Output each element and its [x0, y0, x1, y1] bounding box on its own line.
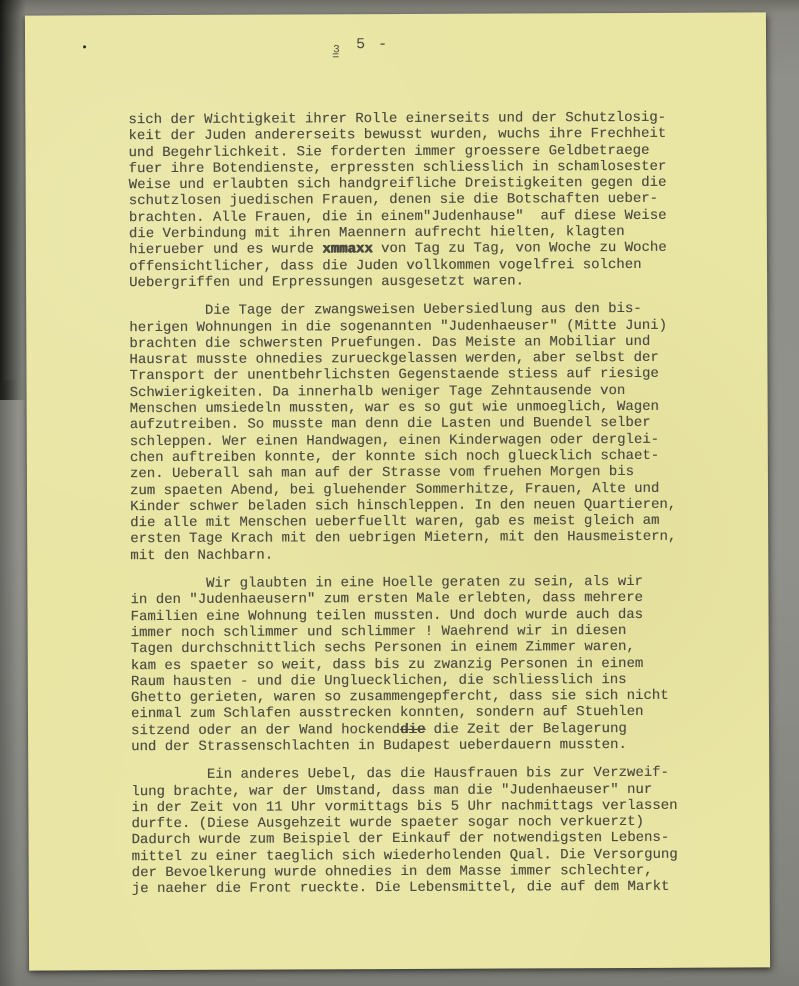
strike-line-pre: sitzend oder an der Wand hockend — [131, 722, 400, 739]
paragraph-4-lines: Ein anderes Uebel, das die Hausfrauen bi… — [131, 765, 712, 898]
binder-spine-shadow-lower — [0, 380, 18, 986]
struck-word-die: die — [400, 722, 425, 738]
paragraph-2-lines: Die Tage der zwangsweisen Uebersiedlung … — [129, 301, 710, 564]
binder-spine-shadow — [0, 0, 26, 400]
page-number: 3= 5 - — [333, 36, 389, 53]
paragraph-1-lines-a: sich der Wichtigkeit ihrer Rolle einerse… — [128, 110, 709, 243]
paragraph-3-lines-b: und der Strassenschlachten in Budapest u… — [131, 737, 711, 756]
paragraph-4: Ein anderes Uebel, das die Hausfrauen bi… — [131, 765, 712, 898]
strike-line-post: von Tag zu Tag, von Woche zu Woche — [373, 240, 667, 257]
strike-line-pre: hierueber und es wurde — [129, 242, 322, 259]
paragraph-2: Die Tage der zwangsweisen Uebersiedlung … — [129, 301, 710, 564]
page-number-text: 5 - — [345, 36, 389, 53]
text-block: sich der Wichtigkeit ihrer Rolle einerse… — [128, 110, 711, 898]
crossed-out-word: xmmaxx — [322, 241, 372, 257]
paragraph-3-lines-a: Wir glaubten in eine Hoelle geraten zu s… — [130, 574, 711, 723]
document-page: 3= 5 - sich der Wichtigkeit ihrer Rolle … — [25, 12, 770, 970]
paragraph-3: Wir glaubten in eine Hoelle geraten zu s… — [130, 574, 711, 756]
paragraph-1: sich der Wichtigkeit ihrer Rolle einerse… — [128, 110, 709, 292]
overstrike-mark: = — [332, 49, 341, 63]
paragraph-1-lines-b: offensichtlicher, dass die Juden vollkom… — [129, 256, 709, 291]
ink-dot — [83, 45, 86, 48]
strike-line-post: die Zeit der Belagerung — [425, 721, 627, 738]
